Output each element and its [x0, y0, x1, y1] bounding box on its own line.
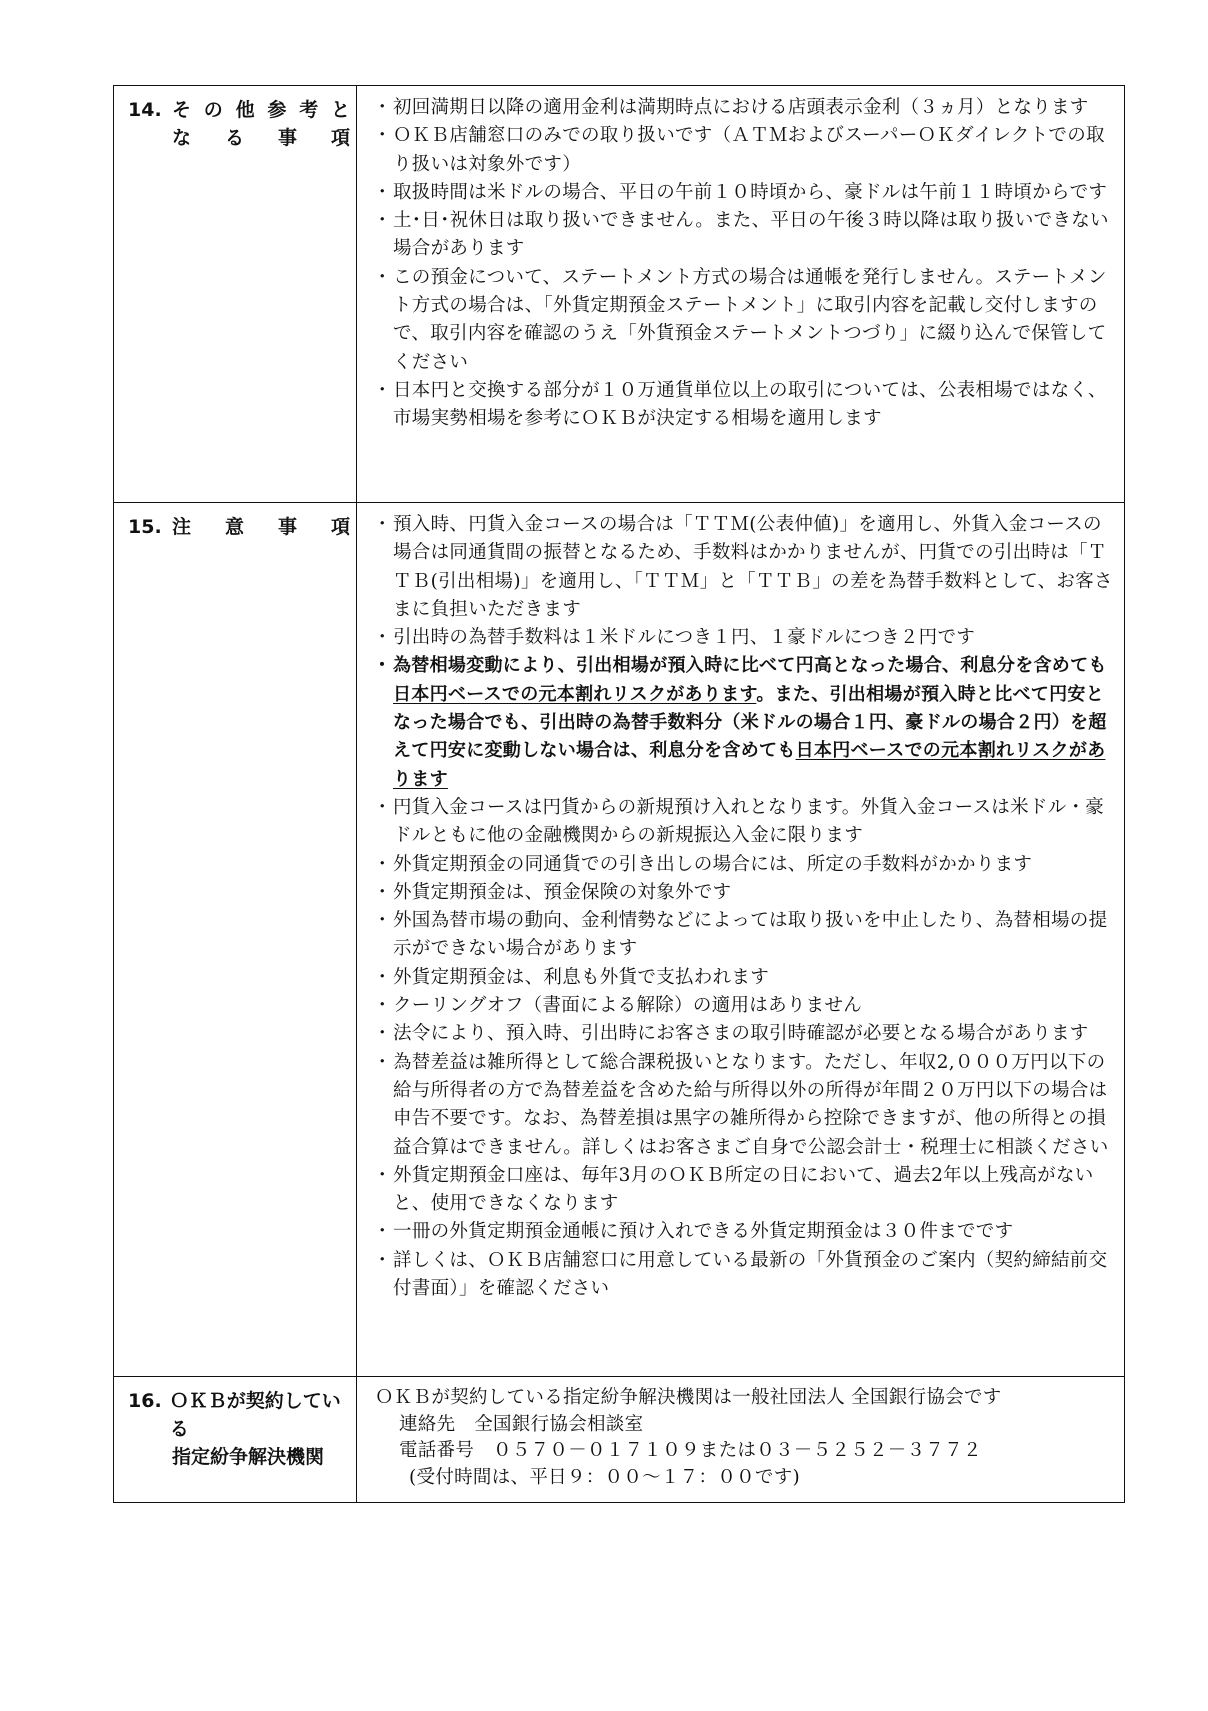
content-cell-14: ・初回満期日以降の適用金利は満期時点における店頭表示金利（３ヵ月）となります ・… [357, 86, 1125, 503]
row-number: 14. [128, 96, 172, 124]
adr-phone: 電話番号 ０５７０－０１７１０９または０３－５２５２－３７７２ [375, 1438, 1116, 1465]
list-item: ・外貨定期預金は、利息も外貨で支払われます [371, 964, 1116, 992]
content-cell-15: ・預入時、円貨入金コースの場合は「ＴＴＭ(公表仲値)」を適用し、外貨入金コースの… [357, 503, 1125, 1377]
underlined-risk-text: 日本円ベースでの元本割れリスクがあります [393, 684, 756, 705]
list-item: ・取扱時間は米ドルの場合、平日の午前１０時頃から、豪ドルは午前１１時頃からです [371, 179, 1116, 207]
row-label-line2: 指定紛争解決機関 [172, 1443, 324, 1471]
list-item: ・円貨入金コースは円貨からの新規預け入れとなります。外貨入金コースは米ドル・豪ド… [371, 794, 1116, 851]
row-label-line2: な る 事 項 [172, 124, 350, 152]
risk-warning-item: ・為替相場変動により、引出相場が預入時に比べて円高となった場合、利息分を含めても… [371, 652, 1116, 793]
adr-contact: 連絡先 全国銀行協会相談室 [375, 1412, 1116, 1439]
row-number: 16. [128, 1387, 170, 1443]
list-item: ・一冊の外貨定期預金通帳に預け入れできる外貨定期預金は３０件までです [371, 1218, 1116, 1246]
list-item: ・この預金について、ステートメント方式の場合は通帳を発行しません。ステートメント… [371, 264, 1116, 377]
label-cell-16: 16. ＯＫＢが契約している 指定紛争解決機関 [114, 1377, 357, 1503]
row-number: 15. [128, 513, 172, 541]
list-item: ・ＯＫＢ店舗窓口のみでの取り扱いです（ＡＴＭおよびスーパーＯＫダイレクトでの取り… [371, 122, 1116, 179]
row-label-line1: そ の 他 参 考 と [172, 96, 350, 124]
label-cell-15: 15. 注 意 事 項 [114, 503, 357, 1377]
list-item: ・外貨定期預金は、預金保険の対象外です [371, 879, 1116, 907]
adr-hours: (受付時間は、平日９：００～１７：００です) [375, 1465, 1116, 1492]
list-item: ・為替差益は雑所得として総合課税扱いとなります。ただし、年収2,０００万円以下の… [371, 1049, 1116, 1162]
adr-intro: ＯＫＢが契約している指定紛争解決機関は一般社団法人 全国銀行協会です [375, 1385, 1116, 1412]
table-row-14: 14. そ の 他 参 考 と な る [114, 86, 1125, 503]
list-item: ・クーリングオフ（書面による解除）の適用はありません [371, 992, 1116, 1020]
table-row-15: 15. 注 意 事 項 ・預入時、円貨入金コースの場合は「ＴＴＭ(公表仲値)」を… [114, 503, 1125, 1377]
list-item: ・外貨定期預金の同通貨での引き出しの場合には、所定の手数料がかかります [371, 851, 1116, 879]
list-item: ・引出時の為替手数料は１米ドルにつき１円、１豪ドルにつき２円です [371, 624, 1116, 652]
list-item: ・土･日･祝休日は取り扱いできません。また、平日の午後３時以降は取り扱いできない… [371, 207, 1116, 264]
list-item: ・外貨定期預金口座は、毎年3月のＯＫＢ所定の日において、過去2年以上残高がないと… [371, 1162, 1116, 1219]
row-label: 注 意 事 項 [172, 513, 350, 541]
content-cell-16: ＯＫＢが契約している指定紛争解決機関は一般社団法人 全国銀行協会です 連絡先 全… [357, 1377, 1125, 1503]
list-item: ・日本円と交換する部分が１０万通貨単位以上の取引については、公表相場ではなく、市… [371, 377, 1116, 434]
list-item: ・詳しくは、ＯＫＢ店舗窓口に用意している最新の「外貨預金のご案内（契約締結前交付… [371, 1247, 1116, 1304]
table-row-16: 16. ＯＫＢが契約している 指定紛争解決機関 ＯＫＢが契約している指定紛争解決… [114, 1377, 1125, 1503]
list-item: ・預入時、円貨入金コースの場合は「ＴＴＭ(公表仲値)」を適用し、外貨入金コースの… [371, 511, 1116, 624]
label-cell-14: 14. そ の 他 参 考 と な る [114, 86, 357, 503]
list-item: ・法令により、預入時、引出時にお客さまの取引時確認が必要となる場合があります [371, 1020, 1116, 1048]
info-table: 14. そ の 他 参 考 と な る [113, 85, 1125, 1503]
row-label-line1: ＯＫＢが契約している [170, 1387, 350, 1443]
list-item: ・外国為替市場の動向、金利情勢などによっては取り扱いを中止したり、為替相場の提示… [371, 907, 1116, 964]
list-item: ・初回満期日以降の適用金利は満期時点における店頭表示金利（３ヵ月）となります [371, 94, 1116, 122]
